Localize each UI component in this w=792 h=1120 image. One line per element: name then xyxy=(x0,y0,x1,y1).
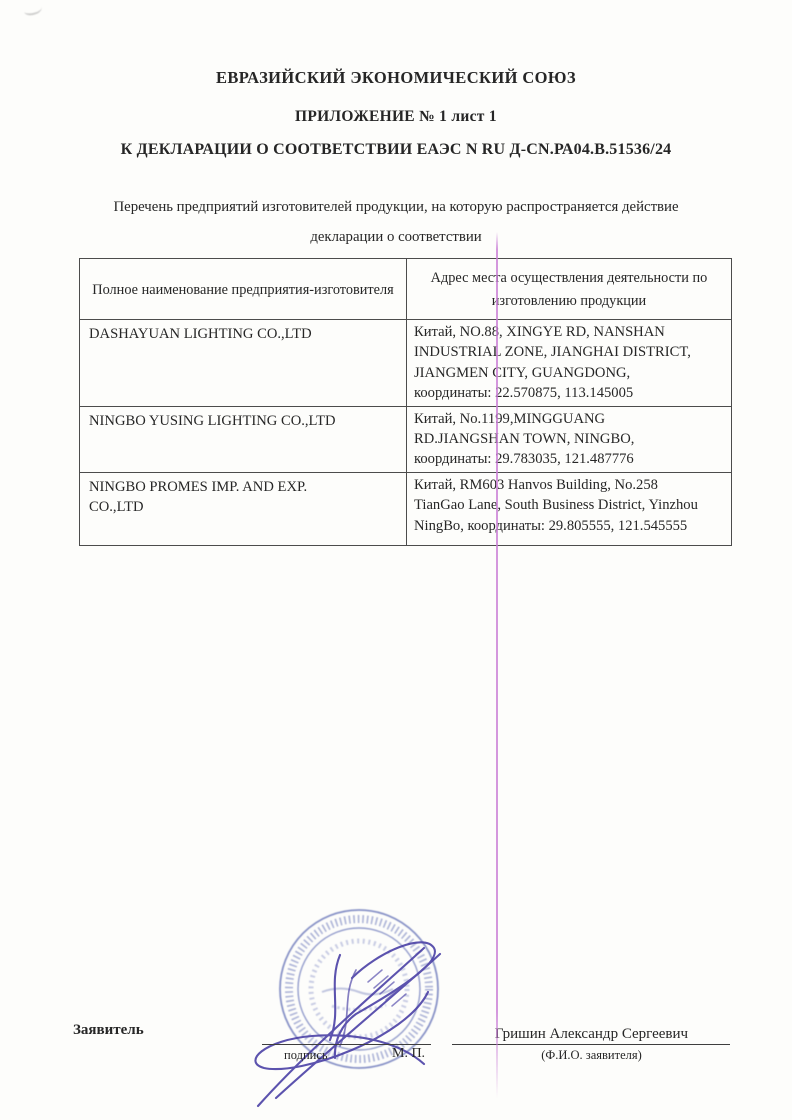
manufacturer-name: DASHAYUAN LIGHTING CO.,LTD xyxy=(80,320,407,407)
manufacturer-address: Китай, No.1199,MINGGUANG RD.JIANGSHAN TO… xyxy=(407,406,732,472)
signature-line xyxy=(262,1044,431,1045)
table-header-row: Полное наименование предприятия-изготови… xyxy=(80,259,732,320)
header-address-column: Адрес места осуществления деятельности п… xyxy=(407,259,732,320)
annex-title: ПРИЛОЖЕНИЕ № 1 лист 1 xyxy=(0,108,792,126)
manufacturer-name: NINGBO PROMES IMP. AND EXP. CO.,LTD xyxy=(80,472,407,545)
header-name-column: Полное наименование предприятия-изготови… xyxy=(80,259,407,320)
applicant-label: Заявитель xyxy=(73,1022,144,1039)
signature-caption: подпись xyxy=(284,1048,328,1063)
manufacturer-name: NINGBO YUSING LIGHTING CO.,LTD xyxy=(80,406,407,472)
table-row: NINGBO YUSING LIGHTING CO.,LTD Китай, No… xyxy=(80,406,732,472)
declaration-number-title: К ДЕКЛАРАЦИИ О СООТВЕТСТВИИ ЕАЭС N RU Д-… xyxy=(0,141,792,159)
manufacturer-address: Китай, NO.88, XINGYE RD, NANSHAN INDUSTR… xyxy=(407,320,732,407)
magenta-scan-line xyxy=(496,232,498,1098)
handwritten-signature xyxy=(238,918,464,1118)
seal-place-caption: М. П. xyxy=(392,1046,425,1062)
applicant-name-line xyxy=(452,1044,730,1045)
union-title: ЕВРАЗИЙСКИЙ ЭКОНОМИЧЕСКИЙ СОЮЗ xyxy=(0,68,792,88)
intro-paragraph: Перечень предприятий изготовителей проду… xyxy=(60,192,732,252)
scan-artifact xyxy=(23,3,42,16)
table-row: NINGBO PROMES IMP. AND EXP. CO.,LTD Кита… xyxy=(80,472,732,545)
manufacturer-address: Китай, RM603 Hanvos Building, No.258 Tia… xyxy=(407,472,732,545)
table-row: DASHAYUAN LIGHTING CO.,LTD Китай, NO.88,… xyxy=(80,320,732,407)
manufacturers-table: Полное наименование предприятия-изготови… xyxy=(79,258,732,546)
document-page: ЕВРАЗИЙСКИЙ ЭКОНОМИЧЕСКИЙ СОЮЗ ПРИЛОЖЕНИ… xyxy=(0,0,792,1120)
